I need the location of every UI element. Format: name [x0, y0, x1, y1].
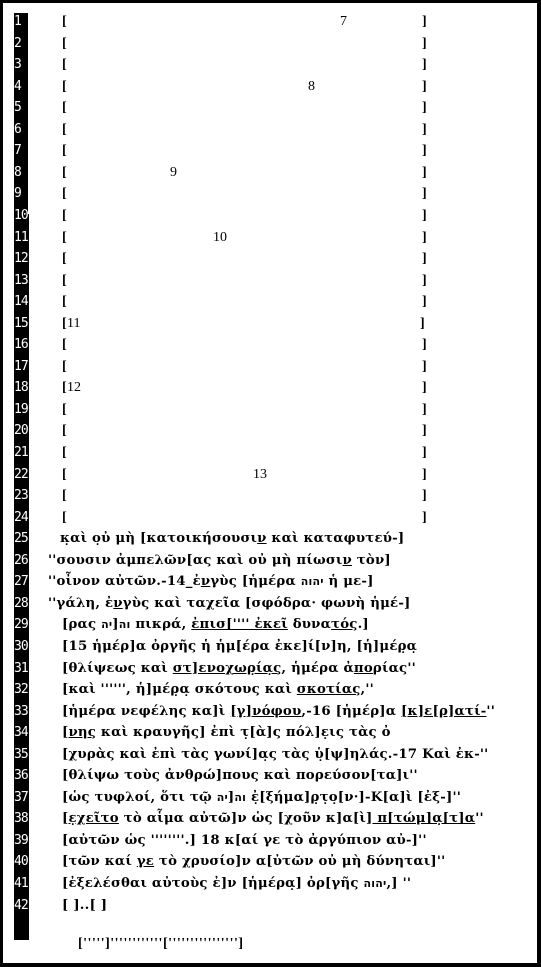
manuscript-line: 28''γάλη, ἐνγὺς καὶ ταχεῖα [σφόδρα· φωνὴ… — [0, 593, 541, 615]
greek-text: [ρας יה]וה πικρά, ἐπισ['''' ἐκεῖ δυνατός… — [62, 614, 369, 636]
open-bracket: [ — [62, 248, 67, 270]
close-bracket: ] — [422, 11, 427, 33]
manuscript-line: 3[] — [0, 54, 541, 76]
manuscript-line: 27''οἶνον αὐτῶν.-14_ἐνγὺς [ἡμέρα יהוה ἡ … — [0, 571, 541, 593]
close-bracket: ] — [422, 507, 427, 529]
manuscript-line: 14[] — [0, 291, 541, 313]
manuscript-line: 19[] — [0, 399, 541, 421]
open-bracket: [ — [62, 377, 67, 399]
line-number: 36 — [14, 765, 28, 787]
manuscript-line: 12[] — [0, 248, 541, 270]
close-bracket: ] — [422, 399, 427, 421]
greek-text: [ὡς τυφλοί, ὅτι τῷ יה]וה ἐ̣[ξήμα]ρ̣τ̣ο̣[… — [62, 787, 461, 809]
column-marker: 8 — [308, 76, 315, 98]
line-number: 26 — [14, 550, 28, 572]
close-bracket: ] — [422, 442, 427, 464]
open-bracket: [ — [62, 162, 67, 184]
line-number: 38 — [14, 808, 28, 830]
line-number: 24 — [14, 507, 28, 529]
line-number: 5 — [14, 97, 21, 119]
open-bracket: [ — [62, 356, 67, 378]
line-number: 10 — [14, 205, 28, 227]
manuscript-line: 39[αὐτῶν ὡς ''''''''.] 18 κ[αί γε τὸ ἀργ… — [0, 830, 541, 852]
manuscript-line: 8[9] — [0, 162, 541, 184]
line-number: 41 — [14, 873, 28, 895]
close-bracket: ] — [422, 377, 427, 399]
line-number: 11 — [14, 227, 28, 249]
line-number: 17 — [14, 356, 28, 378]
line-number: 39 — [14, 830, 28, 852]
column-marker: 9 — [170, 162, 177, 184]
greek-text: ''σουσιν ἀμπελῶν[ας καὶ οὐ μὴ πίωσιν τὸν… — [48, 550, 391, 572]
column-marker: 13 — [253, 464, 267, 486]
column-marker: 12 — [67, 377, 81, 399]
line-number: 20 — [14, 420, 28, 442]
manuscript-line: 36[θλίψω τοὺς ἀνθρώ]πους καὶ πορεύσον[τα… — [0, 765, 541, 787]
manuscript-line: 35[χυρὰς καὶ ἐπὶ τὰς γωνί]α̣ς τὰς ὑ̣[ψ]η… — [0, 744, 541, 766]
line-number: 28 — [14, 593, 28, 615]
open-bracket: [ — [62, 97, 67, 119]
manuscript-line: 42[ ]..[ ] — [0, 895, 541, 917]
line-number: 40 — [14, 851, 28, 873]
line-number: 23 — [14, 485, 28, 507]
line-number: 3 — [14, 54, 21, 76]
open-bracket: [ — [62, 76, 67, 98]
manuscript-line: 7[] — [0, 140, 541, 162]
line-number: 37 — [14, 787, 28, 809]
line-number: 27 — [14, 571, 28, 593]
open-bracket: [ — [62, 313, 67, 335]
line-number: 34 — [14, 722, 28, 744]
greek-text: [ἐξελέσθαι αὐτοὺς ἐ]ν [ἡμέρα̣] ὀρ[γῆς יה… — [62, 873, 411, 895]
manuscript-line: 30[15 ἡμέρ]α ὀργῆς ἡ ἡμ[έρα ἐκε]ί[ν]η, [… — [0, 636, 541, 658]
close-bracket: ] — [422, 270, 427, 292]
column-marker: 7 — [340, 11, 347, 33]
line-number: 12 — [14, 248, 28, 270]
manuscript-line: 9[] — [0, 183, 541, 205]
line-number: 1 — [14, 11, 21, 33]
column-marker: 10 — [213, 227, 227, 249]
line-number: 31 — [14, 658, 28, 680]
footer-fragment-line: [''''']''''''''''''[''''''''''''''''] — [78, 936, 244, 952]
line-number: 16 — [14, 334, 28, 356]
greek-text: ''οἶνον αὐτῶν.-14_ἐνγὺς [ἡμέρα יהוה ἡ με… — [48, 571, 374, 593]
line-number: 18 — [14, 377, 28, 399]
manuscript-line: 4[8] — [0, 76, 541, 98]
manuscript-line: 38[ε̣χεῖτο τὸ αἷμα αὐτῶ]ν ὡς [χοῦν κ]α[ὶ… — [0, 808, 541, 830]
line-number: 13 — [14, 270, 28, 292]
manuscript-line: 10[] — [0, 205, 541, 227]
close-bracket: ] — [422, 54, 427, 76]
greek-text: [ε̣χεῖτο τὸ αἷμα αὐτῶ]ν ὡς [χοῦν κ]α[ὶ] … — [62, 808, 484, 830]
close-bracket: ] — [422, 485, 427, 507]
open-bracket: [ — [62, 420, 67, 442]
line-number: 25 — [14, 528, 28, 550]
manuscript-line: 1[7] — [0, 11, 541, 33]
manuscript-line: 23[] — [0, 485, 541, 507]
open-bracket: [ — [62, 507, 67, 529]
line-number: 22 — [14, 464, 28, 486]
greek-text: κ̣αὶ ο̣ὐ μὴ [κατοικήσουσιν καὶ καταφυτεύ… — [60, 528, 404, 550]
close-bracket: ] — [420, 313, 425, 335]
open-bracket: [ — [62, 54, 67, 76]
open-bracket: [ — [62, 140, 67, 162]
greek-text: [τῶν καί γε τὸ χρυσίο]ν α[ὐτῶν οὐ μὴ δύν… — [62, 851, 445, 873]
manuscript-line: 6[] — [0, 119, 541, 141]
close-bracket: ] — [422, 334, 427, 356]
manuscript-line: 29[ρας יה]וה πικρά, ἐπισ['''' ἐκεῖ δυνατ… — [0, 614, 541, 636]
manuscript-line: 21[] — [0, 442, 541, 464]
open-bracket: [ — [62, 33, 67, 55]
open-bracket: [ — [62, 399, 67, 421]
manuscript-line: 26''σουσιν ἀμπελῶν[ας καὶ οὐ μὴ πίωσιν τ… — [0, 550, 541, 572]
line-number: 4 — [14, 76, 21, 98]
manuscript-line: 15[11] — [0, 313, 541, 335]
close-bracket: ] — [422, 227, 427, 249]
greek-text: [αὐτῶν ὡς ''''''''.] 18 κ[αί γε τὸ ἀργύπ… — [62, 830, 427, 852]
greek-text: [ ]..[ ] — [62, 895, 107, 917]
manuscript-line: 34[νης καὶ κραυγῆς] ἐπὶ τ̣[ὰ]ς πόλ]ε̣ις … — [0, 722, 541, 744]
column-marker: 11 — [67, 313, 80, 335]
manuscript-line: 32[καὶ '''''', ἡ]μέρ̣α̣ σκότους καὶ σκοτ… — [0, 679, 541, 701]
open-bracket: [ — [62, 11, 67, 33]
close-bracket: ] — [422, 248, 427, 270]
close-bracket: ] — [422, 205, 427, 227]
greek-text: [ἡμέρα νεφέλης κα]ὶ [γ]νόφου,-16 [ἡμέρ]α… — [62, 701, 495, 723]
line-number: 7 — [14, 140, 21, 162]
open-bracket: [ — [62, 442, 67, 464]
greek-text: [καὶ '''''', ἡ]μέρ̣α̣ σκότους καὶ σκοτία… — [62, 679, 374, 701]
close-bracket: ] — [422, 97, 427, 119]
line-number: 15 — [14, 313, 28, 335]
line-number: 21 — [14, 442, 28, 464]
line-number: 9 — [14, 183, 21, 205]
close-bracket: ] — [422, 183, 427, 205]
close-bracket: ] — [422, 291, 427, 313]
open-bracket: [ — [62, 334, 67, 356]
manuscript-line: 22[13] — [0, 464, 541, 486]
manuscript-line: 20[] — [0, 420, 541, 442]
line-number: 6 — [14, 119, 21, 141]
close-bracket: ] — [422, 356, 427, 378]
line-number: 14 — [14, 291, 28, 313]
open-bracket: [ — [62, 205, 67, 227]
manuscript-line: 31[θλίψεως καὶ στ]ενοχωρ̣ία̣ς, ἡμέρα ἀπο… — [0, 658, 541, 680]
line-number: 29 — [14, 614, 28, 636]
greek-text: [θλίψεως καὶ στ]ενοχωρ̣ία̣ς, ἡμέρα ἀπορί… — [62, 658, 416, 680]
open-bracket: [ — [62, 464, 67, 486]
open-bracket: [ — [62, 270, 67, 292]
manuscript-line: 41[ἐξελέσθαι αὐτοὺς ἐ]ν [ἡμέρα̣] ὀρ[γῆς … — [0, 873, 541, 895]
open-bracket: [ — [62, 291, 67, 313]
close-bracket: ] — [422, 140, 427, 162]
open-bracket: [ — [62, 485, 67, 507]
greek-text: ''γάλη, ἐνγὺς καὶ ταχεῖα [σφόδρα· φωνὴ ἡ… — [48, 593, 411, 615]
open-bracket: [ — [62, 119, 67, 141]
manuscript-line: 33[ἡμέρα νεφέλης κα]ὶ [γ]νόφου,-16 [ἡμέρ… — [0, 701, 541, 723]
line-number: 33 — [14, 701, 28, 723]
close-bracket: ] — [422, 464, 427, 486]
greek-text: [νης καὶ κραυγῆς] ἐπὶ τ̣[ὰ]ς πόλ]ε̣ις τὰ… — [62, 722, 391, 744]
close-bracket: ] — [422, 162, 427, 184]
manuscript-line: 2[] — [0, 33, 541, 55]
line-number: 2 — [14, 33, 21, 55]
manuscript-line: 40[τῶν καί γε τὸ χρυσίο]ν α[ὐτῶν οὐ μὴ δ… — [0, 851, 541, 873]
manuscript-line: 37[ὡς τυφλοί, ὅτι τῷ יה]וה ἐ̣[ξήμα]ρ̣τ̣ο… — [0, 787, 541, 809]
manuscript-line: 17[] — [0, 356, 541, 378]
greek-text: [χυρὰς καὶ ἐπὶ τὰς γωνί]α̣ς τὰς ὑ̣[ψ]ηλά… — [62, 744, 488, 766]
manuscript-line: 24[] — [0, 507, 541, 529]
line-number: 8 — [14, 162, 21, 184]
line-number: 42 — [14, 895, 28, 917]
close-bracket: ] — [422, 76, 427, 98]
open-bracket: [ — [62, 183, 67, 205]
line-number: 30 — [14, 636, 28, 658]
manuscript-line: 16[] — [0, 334, 541, 356]
greek-text: [15 ἡμέρ]α ὀργῆς ἡ ἡμ[έρα ἐκε]ί[ν]η, [ἡ]… — [62, 636, 417, 658]
manuscript-line: 11[10] — [0, 227, 541, 249]
greek-text: [θλίψω τοὺς ἀνθρώ]πους καὶ πορεύσον[τα]ι… — [62, 765, 418, 787]
close-bracket: ] — [422, 420, 427, 442]
manuscript-line: 13[] — [0, 270, 541, 292]
line-number: 35 — [14, 744, 28, 766]
manuscript-line: 25κ̣αὶ ο̣ὐ μὴ [κατοικήσουσιν καὶ καταφυτ… — [0, 528, 541, 550]
close-bracket: ] — [422, 33, 427, 55]
manuscript-line: 5[] — [0, 97, 541, 119]
manuscript-line: 18[12] — [0, 377, 541, 399]
open-bracket: [ — [62, 227, 67, 249]
close-bracket: ] — [422, 119, 427, 141]
line-number: 19 — [14, 399, 28, 421]
line-number: 32 — [14, 679, 28, 701]
